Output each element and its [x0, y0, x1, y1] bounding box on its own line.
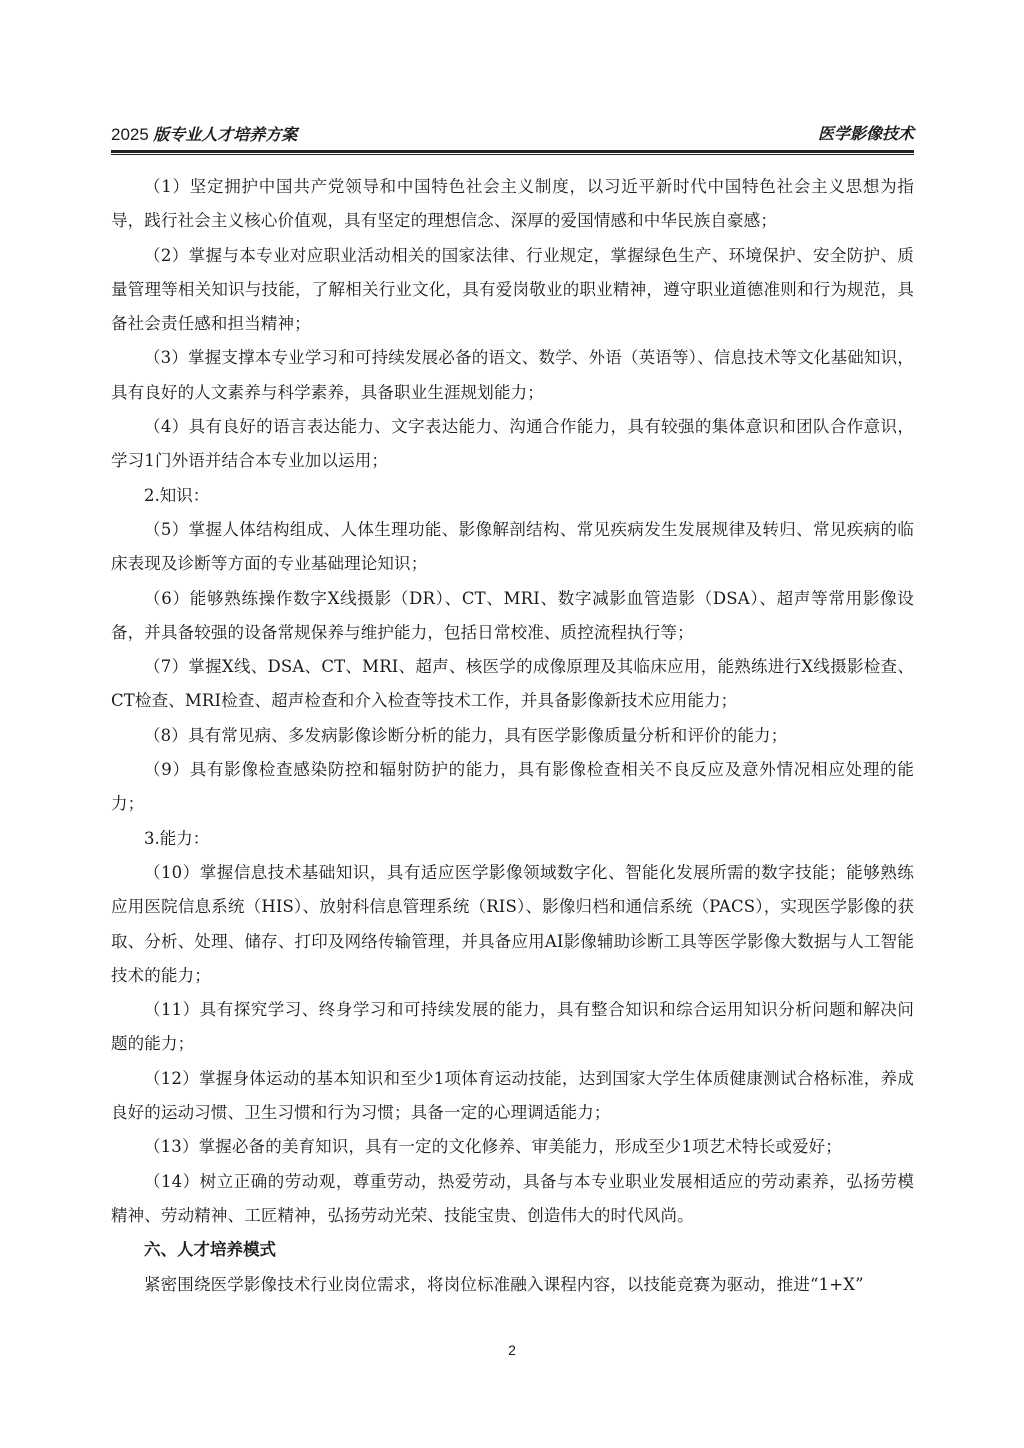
objective-2: （2）掌握与本专业对应职业活动相关的国家法律、行业规定，掌握绿色生产、环境保护、… [111, 239, 914, 342]
objective-9: （9）具有影像检查感染防控和辐射防护的能力，具有影像检查相关不良反应及意外情况相… [111, 753, 914, 822]
objective-3: （3）掌握支撑本专业学习和可持续发展必备的语文、数学、外语（英语等）、信息技术等… [111, 341, 914, 410]
program-name: 医学影像技术 [818, 122, 914, 148]
document-year: 2025 [111, 125, 149, 144]
page-number: 2 [0, 1342, 1024, 1358]
objective-10: （10）掌握信息技术基础知识，具有适应医学影像领域数字化、智能化发展所需的数字技… [111, 856, 914, 993]
document-body: （1）坚定拥护中国共产党领导和中国特色社会主义制度，以习近平新时代中国特色社会主… [111, 170, 914, 1302]
objective-5: （5）掌握人体结构组成、人体生理功能、影像解剖结构、常见疾病发生发展规律及转归、… [111, 513, 914, 582]
subheading-knowledge: 2.知识： [111, 479, 914, 513]
objective-4: （4）具有良好的语言表达能力、文字表达能力、沟通合作能力，具有较强的集体意识和团… [111, 410, 914, 479]
objective-13: （13）掌握必备的美育知识，具有一定的文化修养、审美能力，形成至少1项艺术特长或… [111, 1130, 914, 1164]
objective-8: （8）具有常见病、多发病影像诊断分析的能力，具有医学影像质量分析和评价的能力； [111, 719, 914, 753]
document-title-text: 版专业人才培养方案 [149, 127, 297, 144]
section-heading-training-model: 六、人才培养模式 [111, 1233, 914, 1267]
subheading-ability: 3.能力： [111, 822, 914, 856]
objective-6: （6）能够熟练操作数字X线摄影（DR）、CT、MRI、数字减影血管造影（DSA）… [111, 582, 914, 651]
objective-11: （11）具有探究学习、终身学习和可持续发展的能力，具有整合知识和综合运用知识分析… [111, 993, 914, 1062]
header-divider [111, 150, 914, 155]
objective-14: （14）树立正确的劳动观，尊重劳动，热爱劳动，具备与本专业职业发展相适应的劳动素… [111, 1165, 914, 1234]
objective-7: （7）掌握X线、DSA、CT、MRI、超声、核医学的成像原理及其临床应用，能熟练… [111, 650, 914, 719]
objective-1: （1）坚定拥护中国共产党领导和中国特色社会主义制度，以习近平新时代中国特色社会主… [111, 170, 914, 239]
page-header: 2025 版专业人才培养方案 医学影像技术 [111, 122, 914, 148]
objective-12: （12）掌握身体运动的基本知识和至少1项体育运动技能，达到国家大学生体质健康测试… [111, 1062, 914, 1131]
training-model-paragraph: 紧密围绕医学影像技术行业岗位需求，将岗位标准融入课程内容，以技能竞赛为驱动，推进… [111, 1268, 914, 1302]
document-title: 2025 版专业人才培养方案 [111, 122, 297, 149]
